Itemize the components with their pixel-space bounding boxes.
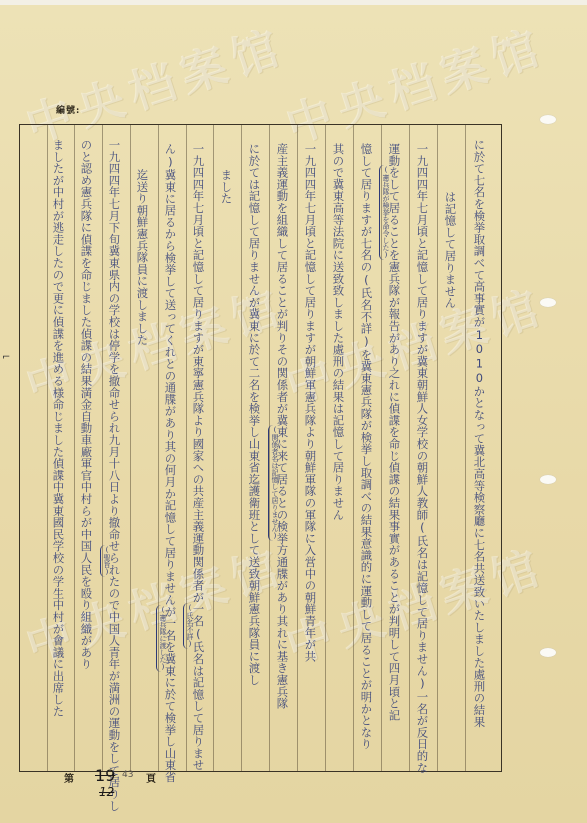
punch-hole <box>540 298 556 307</box>
annotation-note: (憲兵隊に渡した) <box>156 605 169 672</box>
scan-margin <box>0 0 587 5</box>
text-column-10: ました <box>220 169 231 204</box>
column-rule <box>465 125 466 771</box>
column-rule <box>409 125 410 771</box>
column-rule <box>325 125 326 771</box>
annotation-note: (憲兵隊が検挙を命令した) <box>379 165 392 260</box>
margin-mark: ⌐ <box>2 352 10 370</box>
column-rule <box>241 125 242 771</box>
text-column-6: 其ので冀東高等法院に送致致しました處刑の結果は記憶して居りません <box>332 143 343 521</box>
column-rule <box>47 125 48 771</box>
text-column-2: は記憶して居りません <box>444 191 455 309</box>
text-column-16: ましたが中村が逃走したので更に偵諜を進める様命じました偵諜中冀東國民学校の学生中… <box>52 139 63 717</box>
column-rule <box>353 125 354 771</box>
punch-hole <box>540 475 556 484</box>
total-pages: 43 <box>122 770 133 780</box>
column-rule <box>297 125 298 771</box>
page-prefix: 第 <box>64 770 74 785</box>
ruled-column-frame: に於て七名を検挙取調べて高事實が1010かとなって冀北高等検察廳に七名共送致いた… <box>19 124 502 772</box>
punch-hole <box>540 648 556 657</box>
text-column-12: ん)冀東に居るから検挙して送ってくれとの通牒があり其の何月か記憶して居りませんが… <box>164 143 175 783</box>
text-column-3: 一九四四年七月頃と記憶して居りますが冀東朝鮮人女学校の朝鮮人教師(氏名は記憶して… <box>416 143 427 774</box>
text-column-11: 一九四四年七月頃と記憶して居りますが東寧憲兵隊より國家への共産主義運動関係者が一… <box>192 143 203 771</box>
column-rule <box>130 125 131 771</box>
column-rule <box>74 125 75 771</box>
annotation-note: (氏名不詳) <box>183 603 196 649</box>
annotation-note: (関係者名は記憶して居りません) <box>268 425 281 541</box>
annotation-note: (聖旨) <box>100 545 113 577</box>
page-number-struck: 12 <box>99 785 114 799</box>
text-column-1: に於て七名を検挙取調べて高事實が1010かとなって冀北高等検察廳に七名共送致いた… <box>473 139 484 728</box>
text-column-9: に於ては記憶して居りませんが冀東に於て二名を検挙し山東省迄護衛班として送致朝鮮憲… <box>248 143 259 686</box>
text-column-13: 迄送り朝鮮憲兵隊員に渡しました <box>136 169 147 346</box>
text-column-5: 憶して居りますが七名の(氏名不詳)を冀東憲兵隊が検挙し取調べの結果意識的に運動し… <box>360 143 371 750</box>
text-column-7: 一九四四年七月頃と記憶して居りますが朝鮮軍憲兵隊より朝鮮軍隊の軍隊に入営中の朝鮮… <box>304 143 315 662</box>
column-rule <box>102 125 103 771</box>
column-rule <box>213 125 214 771</box>
punch-hole <box>540 115 556 124</box>
document-page: 中央档案馆 中央档案馆 中央档案馆 中央档案馆 中央档案馆 中央档案馆 ⌐ 編號… <box>0 0 587 823</box>
page-suffix: 頁 <box>146 770 156 785</box>
column-rule <box>437 125 438 771</box>
page-number: 19 <box>95 766 115 785</box>
text-column-15: のと認め憲兵隊に偵諜を命じました偵諜の結果満金自動車廠軍官中村らが中国人民を殴り… <box>80 139 91 670</box>
text-column-14: 一九四四年七月下旬冀東県内の学校は停学を撤命せられ九月十八日より撤命せられたので… <box>108 139 119 812</box>
serial-number-label: 編號: <box>56 103 80 116</box>
column-rule <box>158 125 159 771</box>
column-rule <box>186 125 187 771</box>
